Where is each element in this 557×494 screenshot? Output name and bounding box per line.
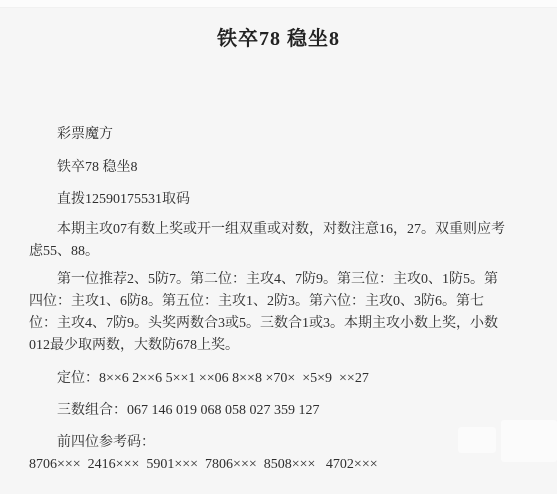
top-strip <box>0 0 557 8</box>
hotline-line: 直拨12590175531取码 <box>29 189 539 211</box>
paragraph-overview: 本期主攻07有数上奖或开一组双重或对数，对数注意16，27。双重则应考 虑55、… <box>29 219 539 263</box>
page: 铁卒78 稳坐8 彩票魔方 铁卒78 稳坐8 直拨12590175531取码 本… <box>0 0 557 476</box>
brand-line: 彩票魔方 <box>29 124 539 146</box>
content: 彩票魔方 铁卒78 稳坐8 直拨12590175531取码 本期主攻07有数上奖… <box>29 124 539 476</box>
paragraph-overview-line-1: 本期主攻07有数上奖或开一组双重或对数，对数注意16，27。双重则应考 <box>29 219 539 241</box>
subtitle-line: 铁卒78 稳坐8 <box>29 157 539 179</box>
paragraph-positions-line-2: 四位：主攻1、6防8。第五位：主攻1、2防3。第六位：主攻0、3防6。第七 <box>29 291 539 313</box>
paragraph-positions-line-1: 第一位推荐2、5防7。第二位：主攻4、7防9。第三位：主攻0、1防5。第 <box>29 269 539 291</box>
dingwei-line: 定位：8××6 2××6 5××1 ××06 8××8 ×70× ×5×9 ××… <box>29 368 539 390</box>
page-title: 铁卒78 稳坐8 <box>0 26 557 52</box>
watermark-box-large <box>501 420 557 462</box>
front-four-codes: 8706××× 2416××× 5901××× 7806××× 8508××× … <box>29 454 539 476</box>
three-digit-combos-line: 三数组合：067 146 019 068 058 027 359 127 <box>29 400 539 422</box>
paragraph-positions-line-3: 位：主攻4、7防9。头奖两数合3或5。三数合1或3。本期主攻小数上奖，小数 <box>29 313 539 335</box>
paragraph-overview-line-2: 虑55、88。 <box>29 241 539 263</box>
watermark-box-small <box>458 427 496 453</box>
paragraph-positions-line-4: 012最少取两数，大数防678上奖。 <box>29 335 539 357</box>
paragraph-positions: 第一位推荐2、5防7。第二位：主攻4、7防9。第三位：主攻0、1防5。第 四位：… <box>29 269 539 357</box>
